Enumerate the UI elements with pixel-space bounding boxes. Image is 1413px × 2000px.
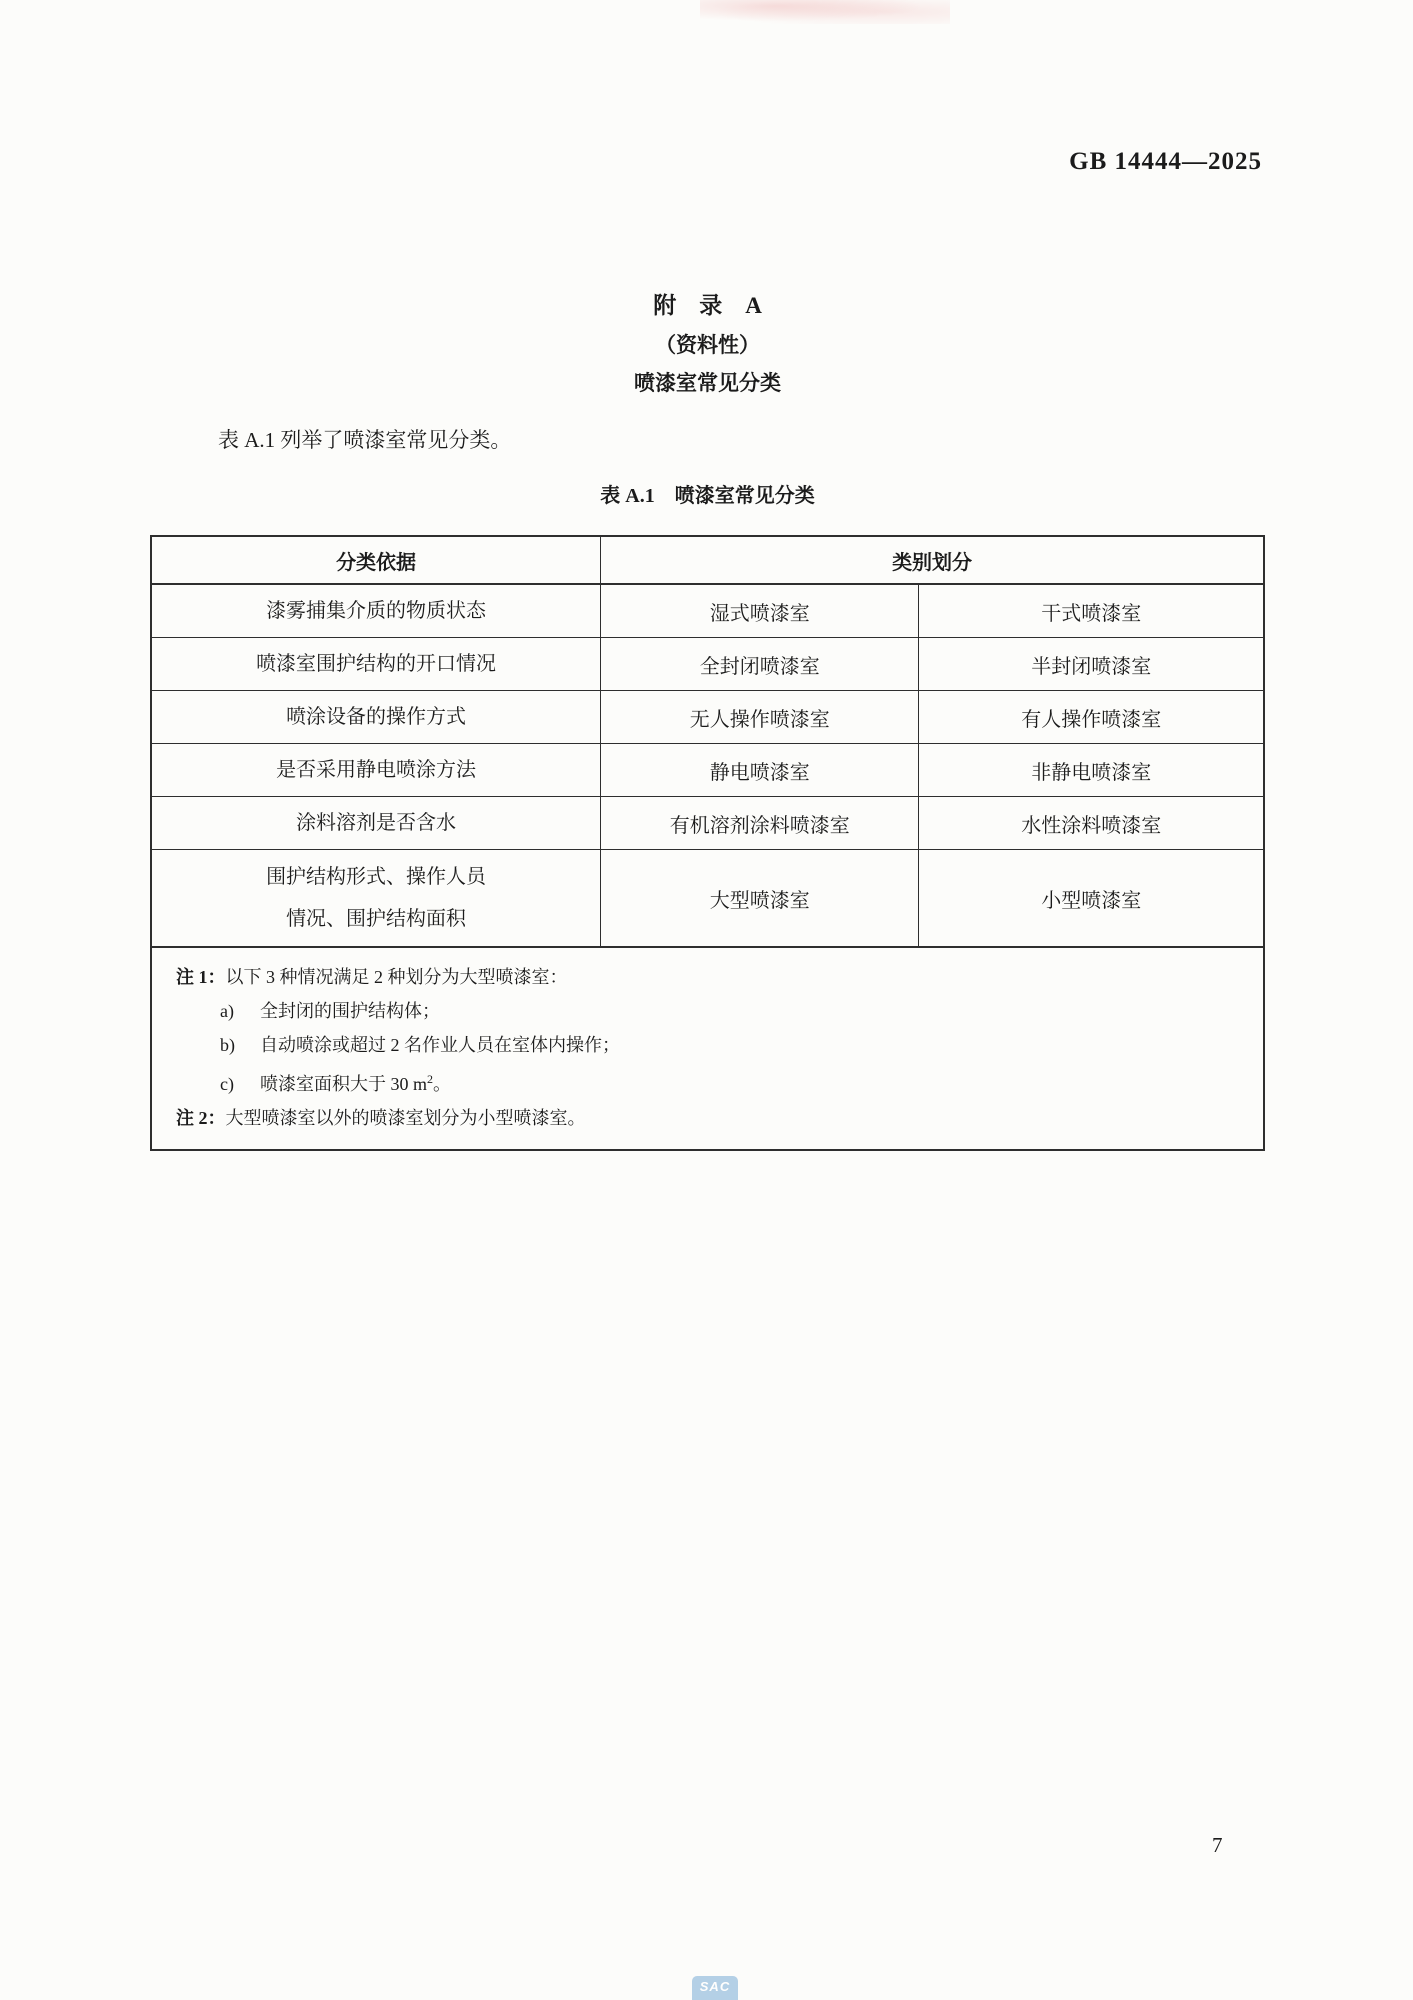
category-cell: 半封闭喷漆室 bbox=[919, 638, 1264, 691]
note-1-label: 注 1： bbox=[176, 967, 226, 987]
category-cell: 全封闭喷漆室 bbox=[601, 638, 919, 691]
appendix-heading: 喷漆室常见分类 bbox=[150, 370, 1265, 396]
table-row: 涂料溶剂是否含水 有机溶剂涂料喷漆室 水性涂料喷漆室 bbox=[151, 797, 1264, 850]
note-item-b-text: 自动喷涂或超过 2 名作业人员在室体内操作； bbox=[260, 1035, 620, 1055]
note-2: 注 2：大型喷漆室以外的喷漆室划分为小型喷漆室。 bbox=[176, 1101, 1245, 1135]
note-item-a-marker: a) bbox=[220, 994, 260, 1028]
note-item-b: b)自动喷涂或超过 2 名作业人员在室体内操作； bbox=[176, 1028, 1245, 1062]
note-item-a: a)全封闭的围护结构体； bbox=[176, 994, 1245, 1028]
category-cell: 干式喷漆室 bbox=[919, 584, 1264, 638]
basis-cell: 漆雾捕集介质的物质状态 bbox=[151, 584, 601, 638]
category-cell: 小型喷漆室 bbox=[919, 850, 1264, 948]
category-cell: 湿式喷漆室 bbox=[601, 584, 919, 638]
note-item-c-end: 。 bbox=[433, 1074, 451, 1094]
note-item-b-marker: b) bbox=[220, 1028, 260, 1062]
note-item-c-marker: c) bbox=[220, 1067, 260, 1101]
appendix-subtitle: （资料性） bbox=[150, 332, 1265, 358]
page-content: 附 录 A （资料性） 喷漆室常见分类 表 A.1 列举了喷漆室常见分类。 表 … bbox=[150, 0, 1265, 1151]
column-header-category: 类别划分 bbox=[601, 536, 1264, 584]
category-cell: 静电喷漆室 bbox=[601, 744, 919, 797]
table-caption: 表 A.1 喷漆室常见分类 bbox=[150, 482, 1265, 510]
classification-table: 分类依据 类别划分 漆雾捕集介质的物质状态 湿式喷漆室 干式喷漆室 喷漆室围护结… bbox=[150, 535, 1265, 1151]
basis-cell: 喷涂设备的操作方式 bbox=[151, 691, 601, 744]
note-1-text: 以下 3 种情况满足 2 种划分为大型喷漆室： bbox=[226, 967, 568, 987]
note-2-label: 注 2： bbox=[176, 1108, 226, 1128]
note-1: 注 1：以下 3 种情况满足 2 种划分为大型喷漆室： bbox=[176, 960, 1245, 994]
table-row: 喷涂设备的操作方式 无人操作喷漆室 有人操作喷漆室 bbox=[151, 691, 1264, 744]
basis-cell: 围护结构形式、操作人员 情况、围护结构面积 bbox=[151, 850, 601, 948]
note-item-a-text: 全封闭的围护结构体； bbox=[260, 1001, 440, 1021]
note-2-text: 大型喷漆室以外的喷漆室划分为小型喷漆室。 bbox=[226, 1108, 586, 1128]
table-notes-cell: 注 1：以下 3 种情况满足 2 种划分为大型喷漆室： a)全封闭的围护结构体；… bbox=[151, 947, 1264, 1150]
category-cell: 无人操作喷漆室 bbox=[601, 691, 919, 744]
category-cell: 有人操作喷漆室 bbox=[919, 691, 1264, 744]
category-cell: 水性涂料喷漆室 bbox=[919, 797, 1264, 850]
table-notes-row: 注 1：以下 3 种情况满足 2 种划分为大型喷漆室： a)全封闭的围护结构体；… bbox=[151, 947, 1264, 1150]
note-item-c-text: 喷漆室面积大于 30 m bbox=[260, 1074, 427, 1094]
column-header-basis: 分类依据 bbox=[151, 536, 601, 584]
category-cell: 大型喷漆室 bbox=[601, 850, 919, 948]
table-row: 是否采用静电喷涂方法 静电喷漆室 非静电喷漆室 bbox=[151, 744, 1264, 797]
basis-cell: 涂料溶剂是否含水 bbox=[151, 797, 601, 850]
category-cell: 有机溶剂涂料喷漆室 bbox=[601, 797, 919, 850]
table-row: 漆雾捕集介质的物质状态 湿式喷漆室 干式喷漆室 bbox=[151, 584, 1264, 638]
intro-paragraph: 表 A.1 列举了喷漆室常见分类。 bbox=[150, 426, 1265, 454]
table-header-row: 分类依据 类别划分 bbox=[151, 536, 1264, 584]
page-number: 7 bbox=[1212, 1833, 1223, 1858]
category-cell: 非静电喷漆室 bbox=[919, 744, 1264, 797]
sac-watermark-logo: SAC bbox=[692, 1976, 738, 2000]
appendix-title: 附 录 A bbox=[150, 292, 1265, 320]
document-page: GB 14444—2025 附 录 A （资料性） 喷漆室常见分类 表 A.1 … bbox=[0, 0, 1413, 2000]
table-row: 喷漆室围护结构的开口情况 全封闭喷漆室 半封闭喷漆室 bbox=[151, 638, 1264, 691]
basis-cell: 是否采用静电喷涂方法 bbox=[151, 744, 601, 797]
basis-cell: 喷漆室围护结构的开口情况 bbox=[151, 638, 601, 691]
table-row: 围护结构形式、操作人员 情况、围护结构面积 大型喷漆室 小型喷漆室 bbox=[151, 850, 1264, 948]
note-item-c: c)喷漆室面积大于 30 m2。 bbox=[176, 1062, 1245, 1101]
